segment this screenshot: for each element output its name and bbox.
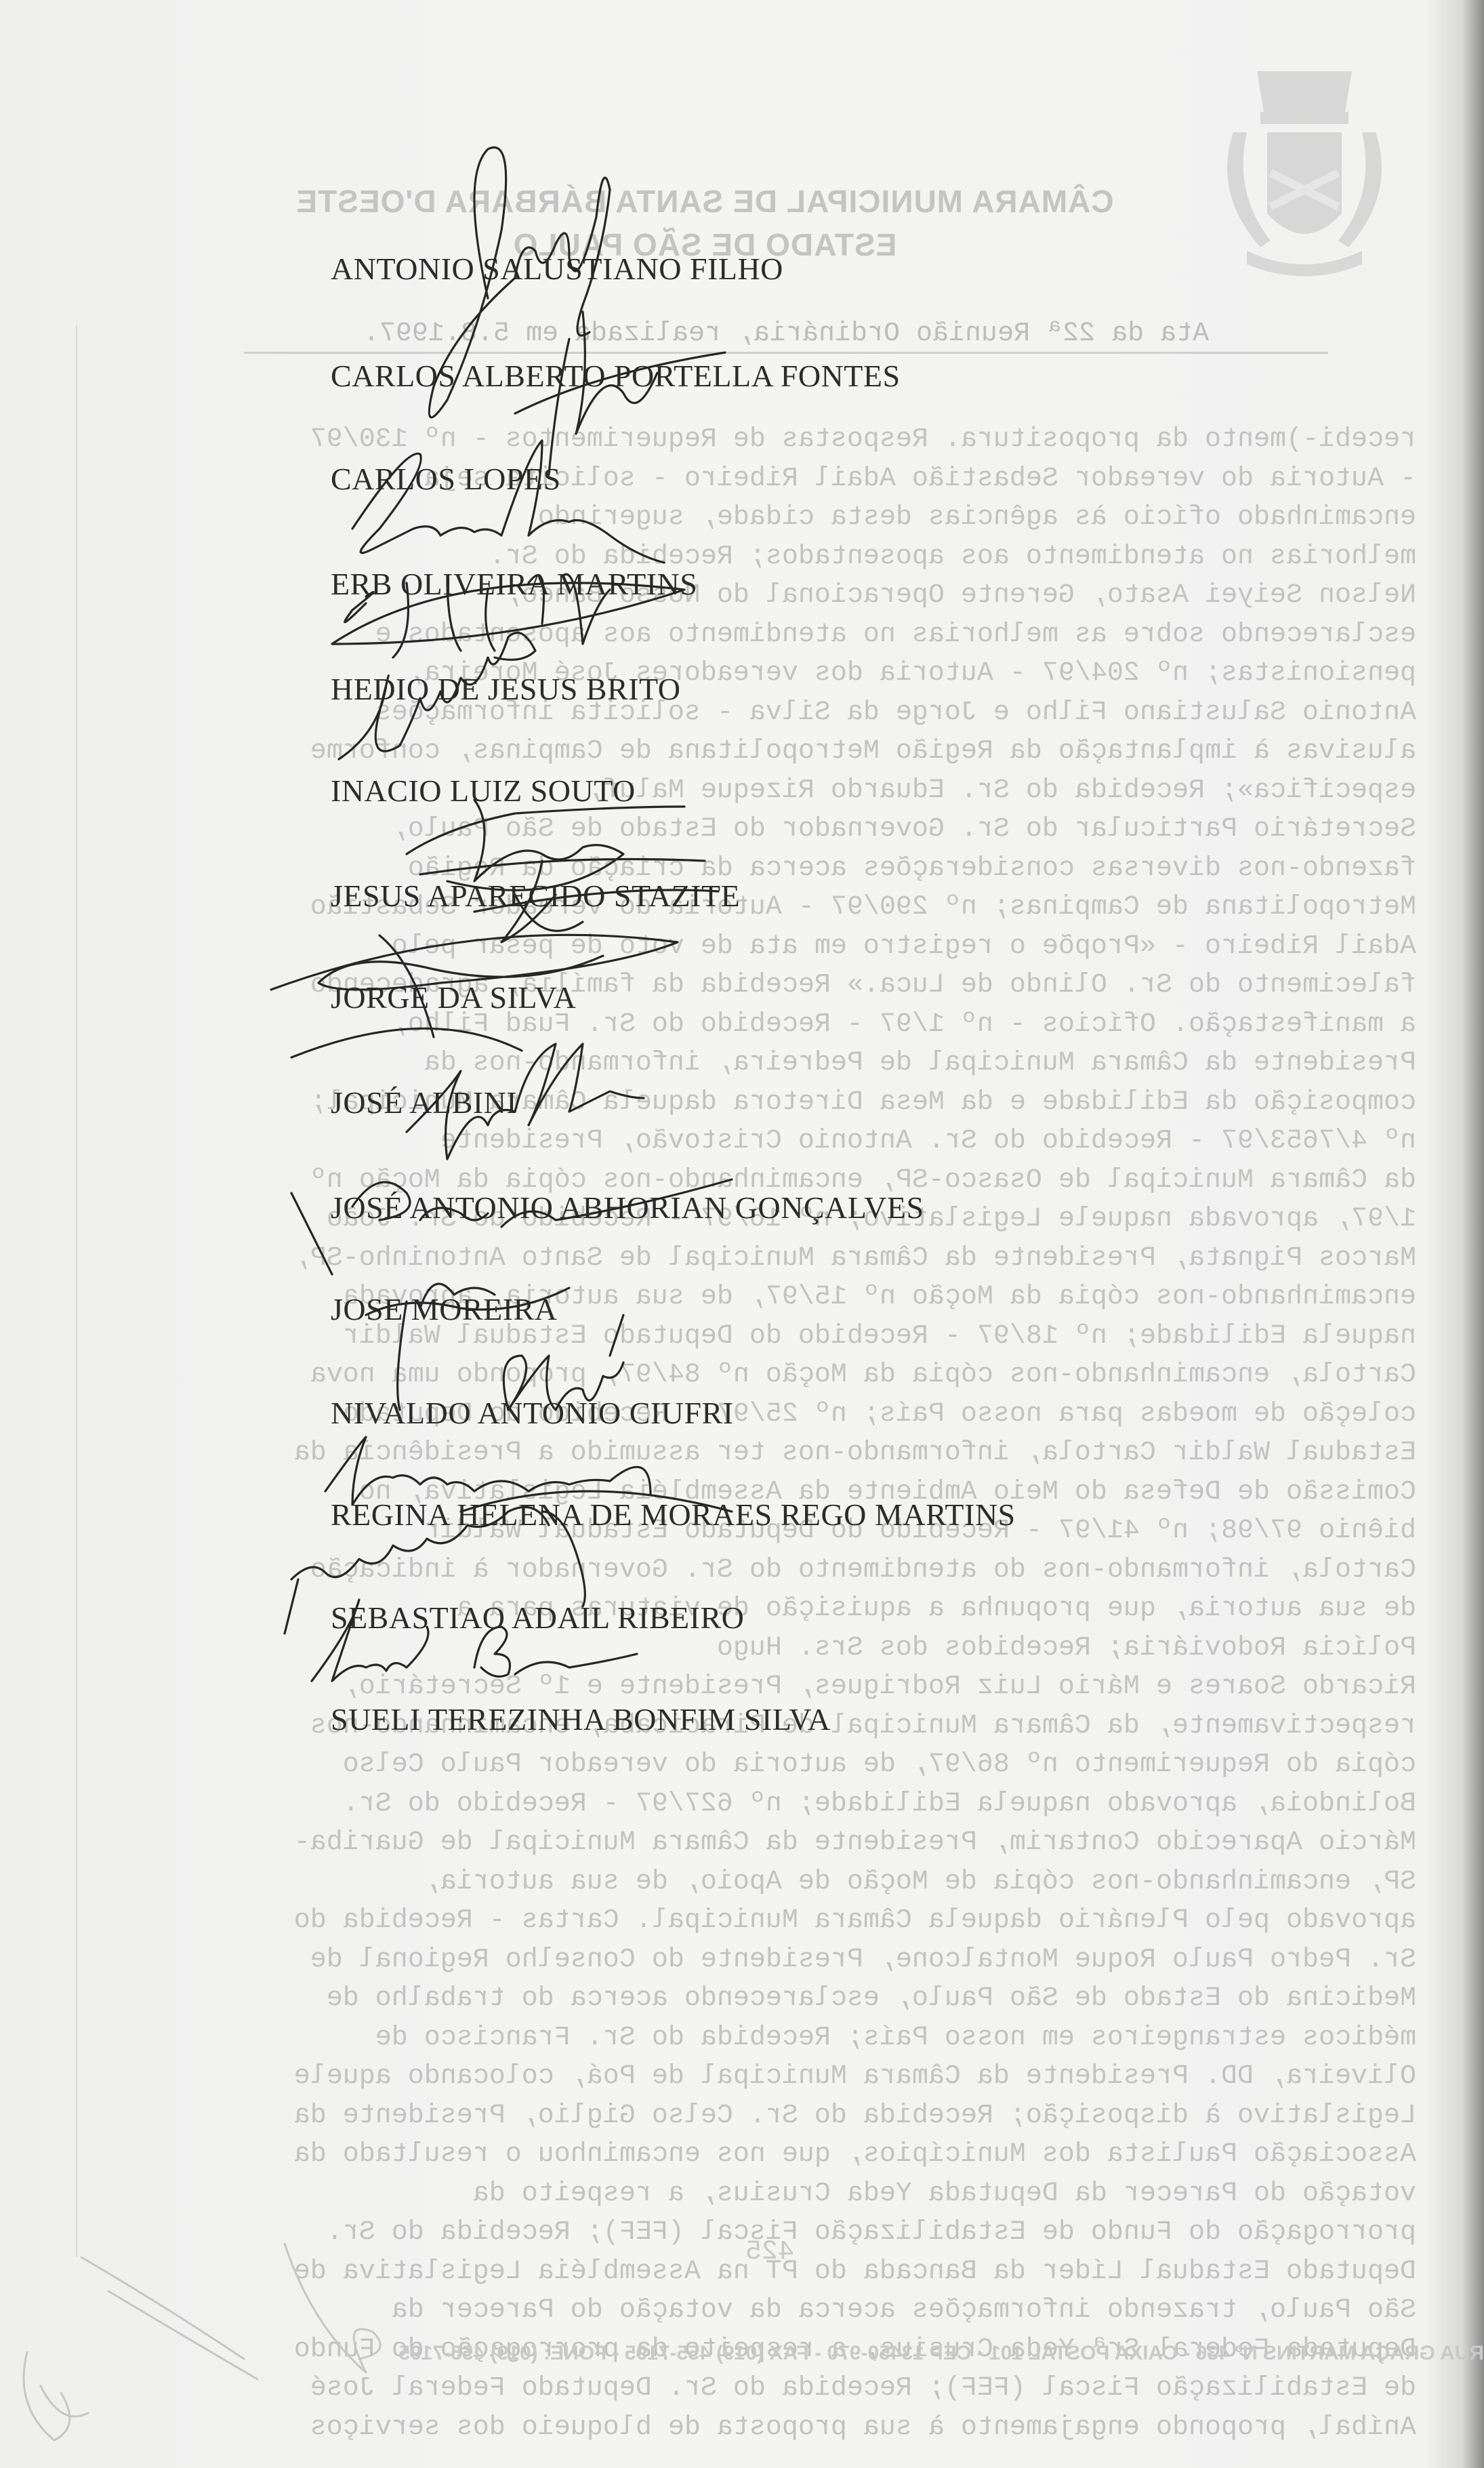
signatory-name: SUELI TEREZINHA BONFIM SILVA (331, 1701, 831, 1737)
bleed-body-line: Bolindoia, aprovado naquela Edilidade; n… (68, 1785, 1416, 1824)
signatory-name: CARLOS ALBERTO PORTELLA FONTES (331, 358, 901, 394)
bleed-body-line: alusivas à implantação da Região Metropo… (68, 732, 1416, 771)
bleed-body-line: naquela Edilidade; nº 18/97 - Recebido d… (68, 1317, 1416, 1356)
bleed-body-line: falecimento do Sr. Olindo de Luca.» Rece… (68, 966, 1416, 1005)
signatory-name: SEBASTIAO ADAIL RIBEIRO (331, 1600, 744, 1636)
bleed-institution: CÂMARA MUNICIPAL DE SANTA BÁRBARA D'OEST… (285, 180, 1125, 223)
signatory-name: JOSE MOREIRA (331, 1291, 557, 1327)
bleed-body-line: melhorias no atendimento aos aposentados… (68, 538, 1416, 577)
signatory-name: JOSÉ ANTONIO ABHORIAN GONÇALVES (331, 1190, 924, 1226)
signatory-name: INACIO LUIZ SOUTO (331, 773, 636, 809)
bleed-body-line: especifica»; Recebida do Sr. Eduardo Riz… (68, 771, 1416, 811)
bleed-body-line: médicos estrangeiros em nosso País; Rece… (68, 2019, 1416, 2058)
signatory-name: JORGE DA SILVA (331, 979, 576, 1015)
bleed-body-line: recebi-)mento da propositura. Respostas … (68, 420, 1416, 460)
bleed-body-line: Nelson Seiyei Asato, Gerente Operacional… (68, 576, 1416, 615)
signatory-name: CARLOS LOPES (331, 461, 561, 497)
bleed-body-line: SP, encaminhando-nos cópia de Moção de A… (68, 1863, 1416, 1902)
bleed-body-line: nº 4/7653/97 - Recebido do Sr. Antonio C… (68, 1122, 1416, 1161)
bleed-body-line: Antonio Salustiano Filho e Jorge da Silv… (68, 693, 1416, 733)
bleed-body-line: Márcio Aparecido Contarim, Presidente da… (68, 1823, 1416, 1863)
bleed-body-line: aprovado pelo Plenário daquela Câmara Mu… (68, 1901, 1416, 1941)
bleed-body-line: Secretário Particular do Sr. Governador … (68, 810, 1416, 849)
bleed-body-line: fazendo-nos diversas considerações acerc… (68, 849, 1416, 889)
bleed-body-line: a manifestação. Ofícios - nº 1/97 - Rece… (68, 1005, 1416, 1045)
bleed-body-line: encaminhando-nos cópia da Moção nº 15/97… (68, 1278, 1416, 1317)
bleed-body-line: de Estabilização Fiscal (FEF); Recebida … (68, 2369, 1416, 2408)
bleed-body-line: Cartola, informando-nos do atendimento d… (68, 1551, 1416, 1590)
bleed-body-line: Sr. Pedro Paulo Roque Montalcone, Presid… (68, 1941, 1416, 1980)
bleed-body-line: pensionistas; nº 204/97 - Autoria dos ve… (68, 654, 1416, 693)
bleed-body-line: cópia do Requerimento nº 86/97, de autor… (68, 1745, 1416, 1785)
bleed-body-line: composição da Edilidade e da Mesa Direto… (68, 1083, 1416, 1122)
bleed-minutes-title: Ata da 22ª Reunião Ordinária, realizada … (244, 319, 1328, 354)
bleed-body-line: Marcos Pignata, Presidente da Câmara Mun… (68, 1239, 1416, 1278)
bleed-body-text: recebi-)mento da propositura. Respostas … (68, 420, 1416, 2447)
bleed-body-line: encaminhado ofício às agências desta cid… (68, 498, 1416, 538)
bleed-page-number: 425 (745, 2237, 794, 2267)
bleed-body-line: esclarecendo sobre as melhorias no atend… (68, 615, 1416, 655)
signatory-name: ERB OLIVEIRA MARTINS (331, 566, 697, 602)
bleed-body-line: Oliveira, DD. Presidente da Câmara Munic… (68, 2057, 1416, 2097)
signatory-name: ANTONIO SALUSTIANO FILHO (331, 251, 783, 287)
signatory-name: HEDIO DE JESUS BRITO (331, 671, 680, 707)
bleed-body-line: São Paulo, trazendo informações acerca d… (68, 2291, 1416, 2330)
bleed-body-line: Adail Ribeiro - «Propõe o registro em at… (68, 927, 1416, 967)
bleed-body-line: coleção de moedas para nosso País; nº 25… (68, 1395, 1416, 1434)
bleed-body-line: Presidente da Câmara Municipal de Pedrei… (68, 1044, 1416, 1083)
bleed-body-line: Cartola, encaminhando-nos cópia da Moção… (68, 1356, 1416, 1395)
bleed-body-line: Legislativo à disposição; Recebida do Sr… (68, 2097, 1416, 2136)
signatory-name: NIVALDO ANTONIO CIUFRI (331, 1395, 734, 1431)
bleed-footer-address: RUA GRAÇA MARTINS Nº 436 - CAIXA POSTAL … (169, 2342, 1484, 2365)
bleed-body-line: - Autoria do vereador Sebastião Adail Ri… (68, 460, 1416, 499)
bleed-body-line: Aníbal, propondo engajamento à sua propo… (68, 2408, 1416, 2448)
signatory-name: JESUS APARECIDO STAZITE (331, 878, 740, 914)
bleed-body-line: Metropolitana de Campinas; nº 290/97 - A… (68, 888, 1416, 927)
bleed-body-line: Associação Paulista dos Municípios, que … (68, 2135, 1416, 2174)
signatory-name: REGINA HELENA DE MORAES REGO MARTINS (331, 1497, 1016, 1533)
bleed-body-line: Medicina do Estado de São Paulo, esclare… (68, 1979, 1416, 2019)
bleed-body-line: Ricardo Soares e Mário Luiz Rodrigues, P… (68, 1667, 1416, 1707)
bleed-body-line: votação do Parecer da Deputada Yeda Crus… (68, 2174, 1416, 2214)
signatory-name: JOSÉ ALBINI (331, 1085, 517, 1120)
bleed-body-line: Deputado Estadual Líder da Bancada do PT… (68, 2252, 1416, 2292)
bleed-body-line: prorrogação do Fundo de Estabilização Fi… (68, 2213, 1416, 2252)
bleed-body-line: Estadual Waldir Cartola, informando-nos … (68, 1434, 1416, 1473)
coat-of-arms-icon (1193, 58, 1416, 281)
